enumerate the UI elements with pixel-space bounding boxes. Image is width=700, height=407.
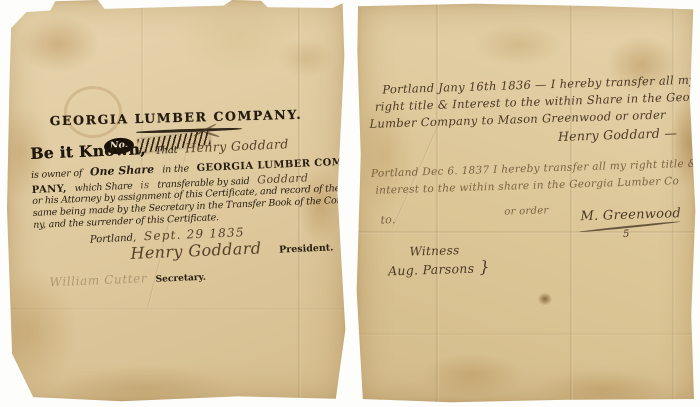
transfer1-signature: Henry Goddard — xyxy=(558,125,678,144)
body-text: in the xyxy=(162,163,189,175)
certificate-body-text: Be it Known, That Henry Goddard is owner… xyxy=(30,135,344,291)
company-title: GEORGIA LUMBER COMPANY. xyxy=(6,106,346,130)
transfer2-to: to. xyxy=(380,213,396,226)
handwritten-name: Goddard xyxy=(257,171,309,186)
witness-signature: Aug. Parsons xyxy=(388,261,475,279)
owner-name-handwritten: Henry Goddard xyxy=(185,136,289,155)
secretary-title-printed: Secretary. xyxy=(155,272,206,284)
company-name-bold: PANY, xyxy=(32,183,67,195)
fold-crease xyxy=(6,308,346,311)
witness-label: Witness xyxy=(409,243,459,259)
transfer-endorsements: Portland Jany 16th 1836 — I hereby trans… xyxy=(350,0,700,407)
president-title-printed: President. xyxy=(279,242,334,255)
witness-brace-flourish: } xyxy=(479,257,490,276)
secretary-signature-line: William Cutter Secretary. xyxy=(35,263,343,292)
transfer2-or-order: or order xyxy=(504,205,549,217)
that-text: That xyxy=(155,145,178,157)
be-it-known-text: Be it Known, xyxy=(30,139,146,163)
secretary-signature: William Cutter xyxy=(49,271,147,289)
handwritten-is: is xyxy=(140,180,150,191)
flourish-mark: 5 xyxy=(623,229,630,240)
certificate-front-sheet: GEORGIA LUMBER COMPANY. No. Be it Known,… xyxy=(6,0,346,402)
body-text: is owner of xyxy=(31,168,83,181)
one-share-text: One Share xyxy=(90,163,155,179)
scanned-certificate-photo: GEORGIA LUMBER COMPANY. No. Be it Known,… xyxy=(0,0,700,407)
certificate-back-sheet: Portland Jany 16th 1836 — I hereby trans… xyxy=(356,3,696,403)
witness-signature-line: Aug. Parsons } xyxy=(388,257,490,279)
transfer2-line: interest to the within share in the Geor… xyxy=(375,175,679,197)
